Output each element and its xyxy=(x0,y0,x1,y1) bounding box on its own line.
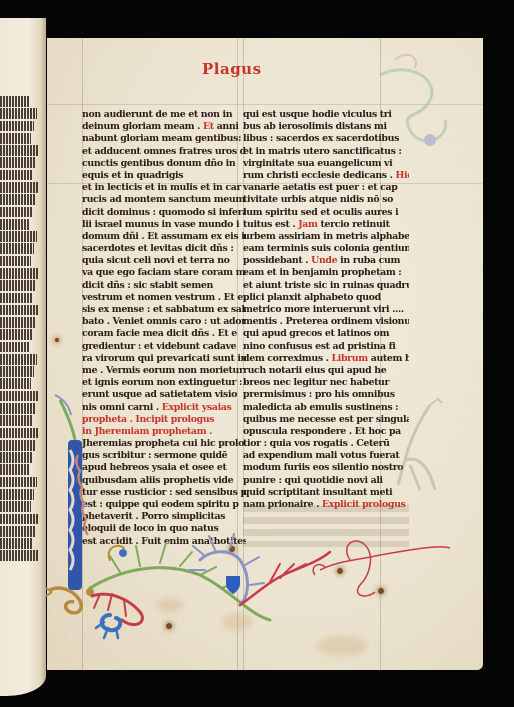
acanthus-scroll xyxy=(90,534,330,638)
illumination-layer xyxy=(0,0,514,707)
pen-flourish xyxy=(313,541,450,596)
grotesque-beast xyxy=(46,588,94,613)
giraffe-sketch xyxy=(398,399,442,490)
faded-floral-corner xyxy=(380,55,446,146)
manuscript-photo: Plagus non audierunt de me et non indein… xyxy=(0,0,514,707)
initial-letter-j xyxy=(55,395,88,590)
